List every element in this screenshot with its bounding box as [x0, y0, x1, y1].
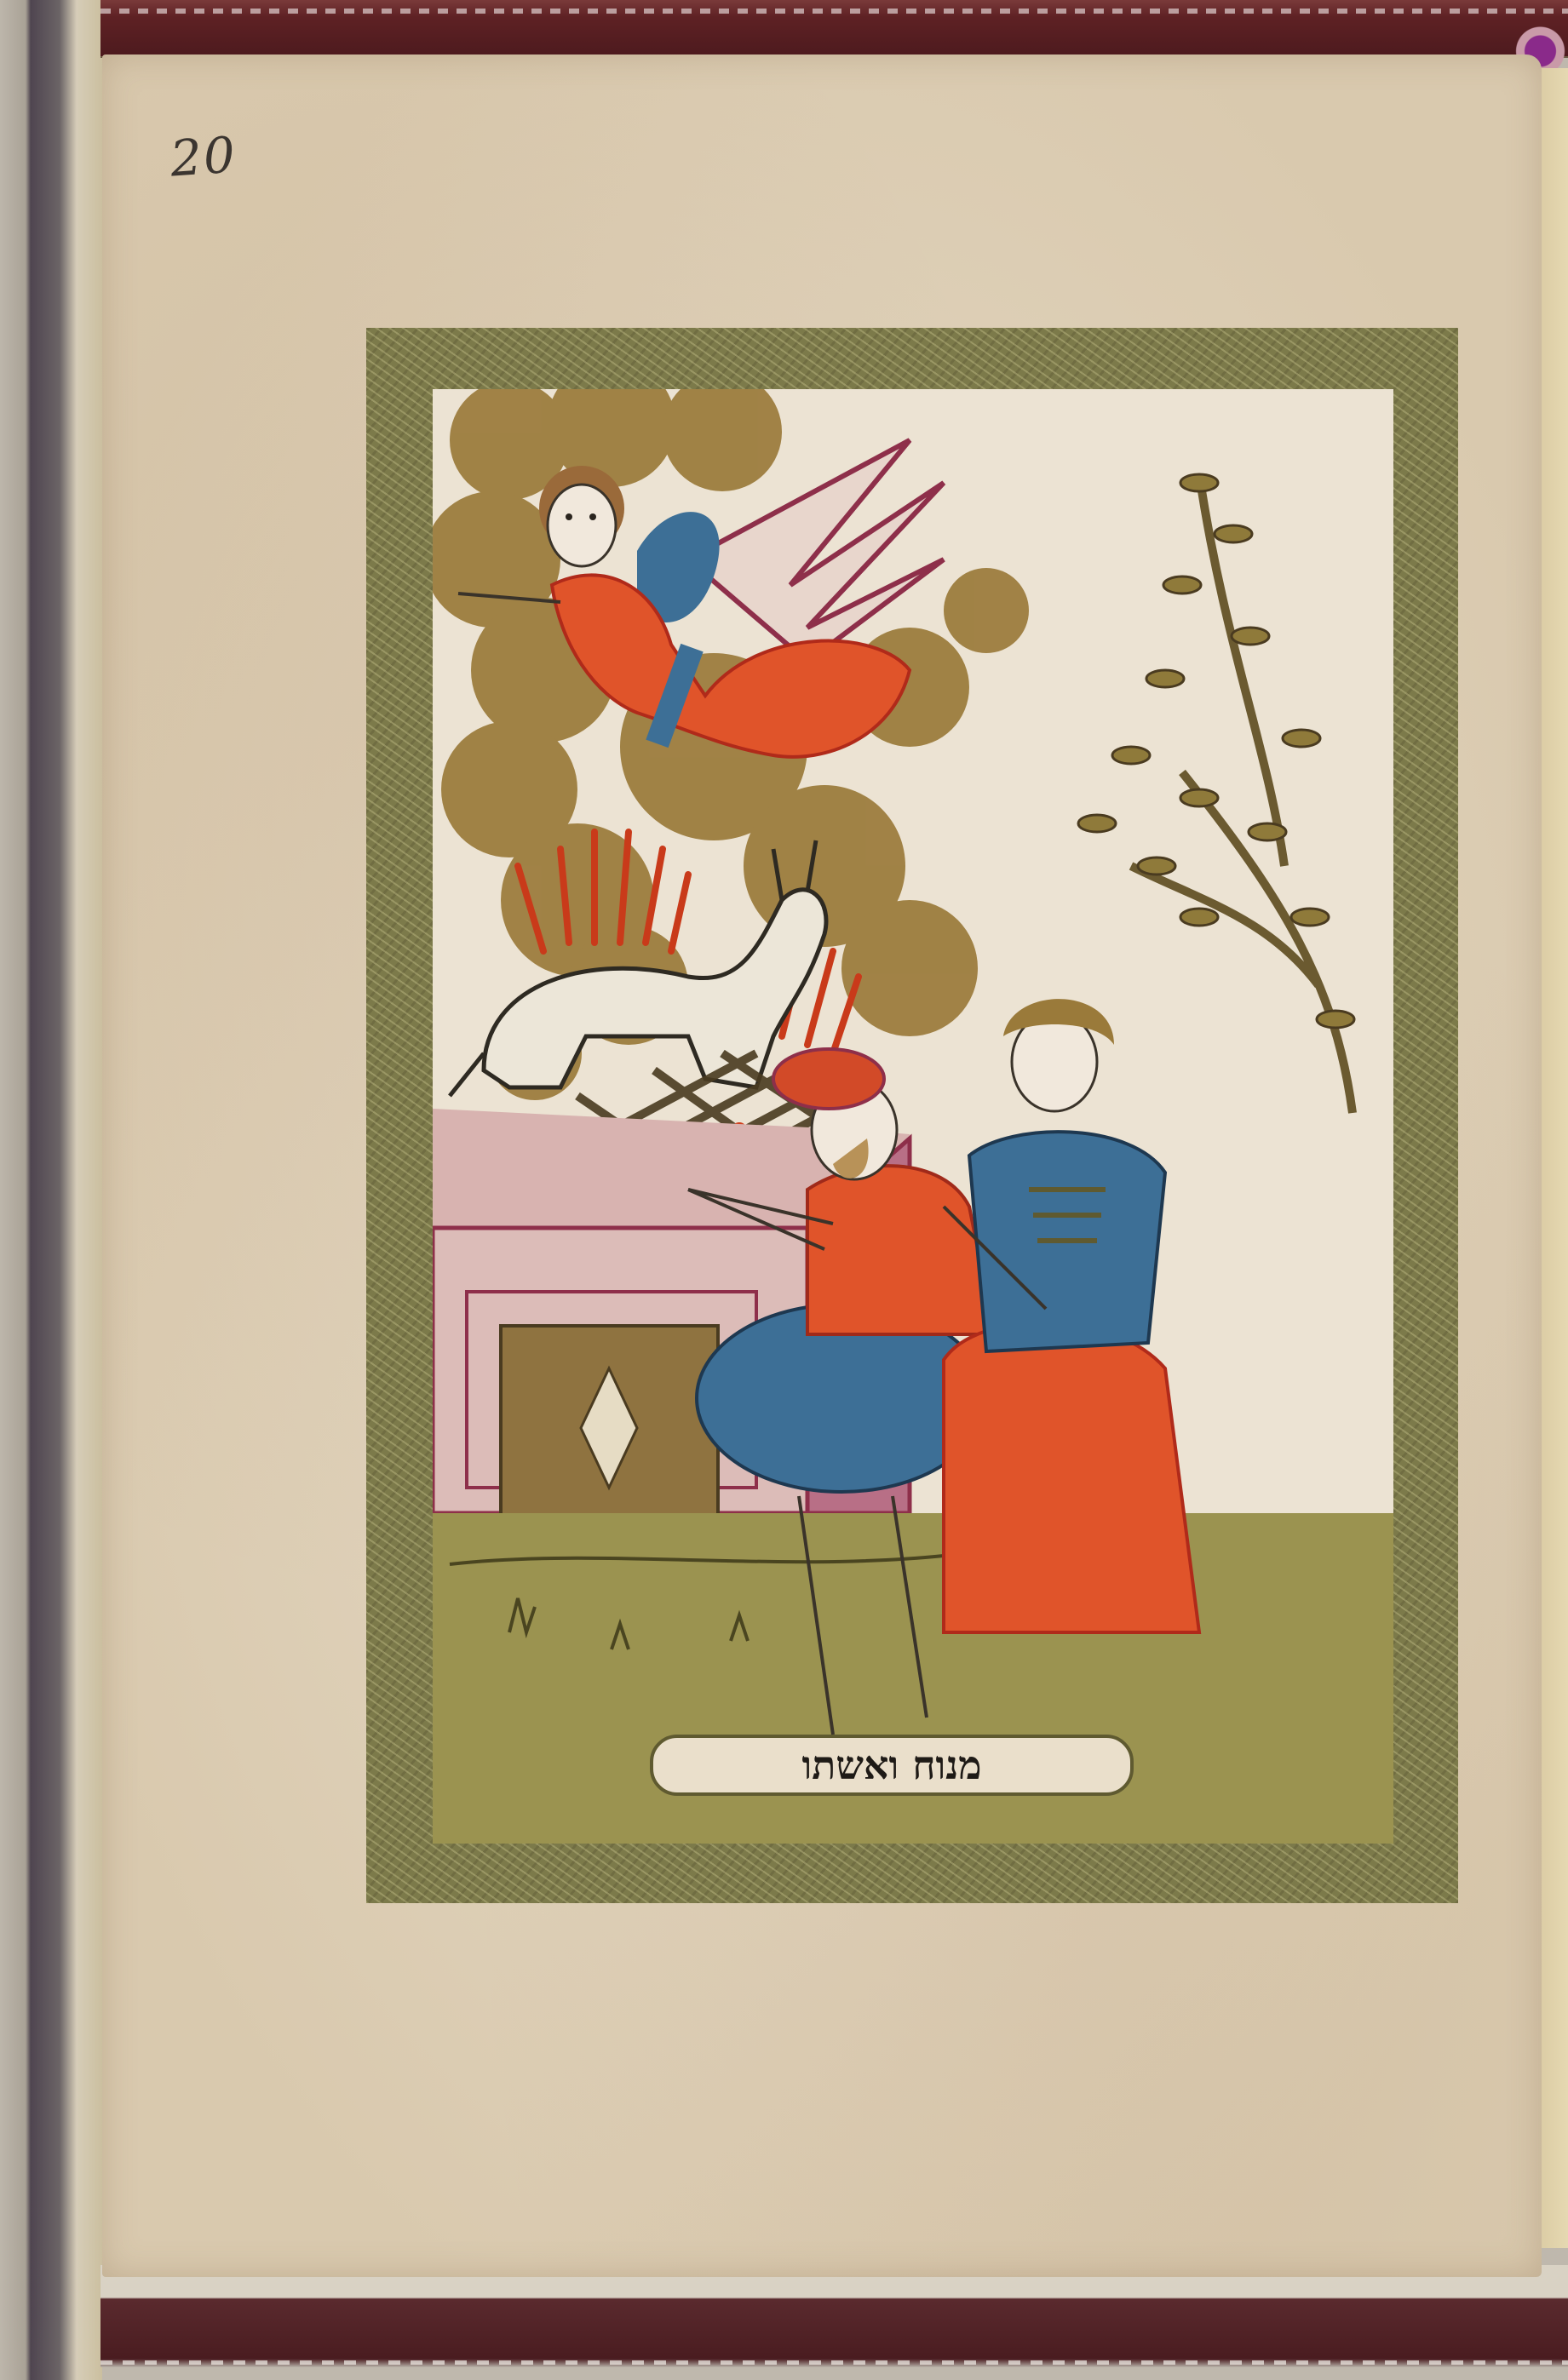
- book-binding-left: [0, 0, 102, 2380]
- illustration-frame: מנוח ואשתו: [366, 328, 1458, 1903]
- leather-stitching: [101, 2360, 1568, 2365]
- leather-cover-top: [101, 0, 1568, 58]
- folio-number: 20: [169, 125, 238, 187]
- leather-cover-bottom: [101, 2265, 1568, 2367]
- caption-text: מנוח ואשתו: [802, 1742, 982, 1788]
- illustration-scene: מנוח ואשתו: [433, 389, 1393, 1844]
- wife-figure-icon: [944, 999, 1199, 1632]
- tree-icon: [1078, 474, 1354, 1113]
- leather-highlight: [101, 9, 1568, 14]
- caption-banner: מנוח ואשתו: [650, 1735, 1134, 1796]
